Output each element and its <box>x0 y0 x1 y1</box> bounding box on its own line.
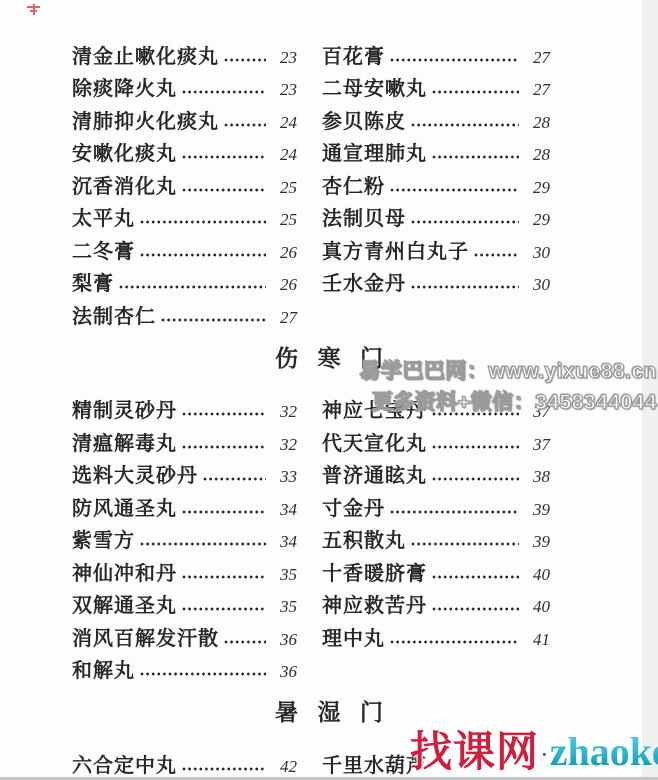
toc-entry-right: 二母安嗽丸 27 <box>322 76 550 102</box>
formula-name: 神应救苦丹 <box>322 593 427 619</box>
page-number: 24 <box>271 142 297 167</box>
toc-row: 清肺抑火化痰丸 24 参贝陈皮 28 <box>0 102 658 135</box>
dotted-leader <box>161 318 266 322</box>
toc-entry-right: 真方青州白丸子 30 <box>322 239 550 265</box>
dotted-leader <box>432 575 519 579</box>
dotted-leader <box>203 477 266 481</box>
page-number: 42 <box>271 754 297 779</box>
formula-name: 真方青州白丸子 <box>322 239 469 265</box>
formula-name: 法制杏仁 <box>72 304 156 330</box>
formula-name: 寸金丹 <box>322 496 385 522</box>
formula-name: 百花膏 <box>322 44 385 70</box>
dotted-leader <box>432 445 519 449</box>
page-number: 25 <box>271 207 297 232</box>
dotted-leader <box>182 445 266 449</box>
toc-entry-right: 理中丸 41 <box>322 626 550 652</box>
dotted-leader <box>390 58 519 62</box>
toc-entry-left: 二冬膏 26 <box>72 239 297 265</box>
page-number: 29 <box>524 207 550 232</box>
dotted-leader <box>411 123 519 127</box>
page-number: 27 <box>524 45 550 70</box>
page-number: 36 <box>271 627 297 652</box>
watermark-side: 易学巴巴网：www.yixue88.cn 更多资料+微信：3458344044 <box>360 356 657 418</box>
toc-entry-left: 精制灵砂丹 32 <box>72 398 297 424</box>
dotted-leader <box>432 607 519 611</box>
formula-name: 十香暖脐膏 <box>322 561 427 587</box>
formula-name: 二母安嗽丸 <box>322 76 427 102</box>
dotted-leader <box>224 640 266 644</box>
dotted-leader <box>390 640 519 644</box>
formula-name: 神仙冲和丹 <box>72 561 177 587</box>
scanned-book-page: 清金止嗽化痰丸 23 百花膏 27 除痰降火丸 23 二母安嗽丸 27 清肺抑火… <box>0 0 658 780</box>
toc-entry-right: 五积散丸 39 <box>322 528 550 554</box>
page-number: 32 <box>271 399 297 424</box>
toc-entry-right: 普济通眩丸 38 <box>322 463 550 489</box>
dotted-leader <box>411 220 519 224</box>
dotted-leader <box>182 767 266 771</box>
formula-name: 精制灵砂丹 <box>72 398 177 424</box>
dotted-leader <box>119 285 266 289</box>
formula-name: 清瘟解毒丸 <box>72 431 177 457</box>
formula-name: 理中丸 <box>322 626 385 652</box>
dotted-leader <box>390 510 519 514</box>
toc-entry-left: 六合定中丸 42 <box>72 753 297 779</box>
toc-entry-left: 清金止嗽化痰丸 23 <box>72 44 297 70</box>
formula-name: 普济通眩丸 <box>322 463 427 489</box>
page-number: 34 <box>271 529 297 554</box>
formula-name: 壬水金丹 <box>322 271 406 297</box>
dotted-leader <box>411 285 519 289</box>
formula-name: 二冬膏 <box>72 239 135 265</box>
formula-name: 五积散丸 <box>322 528 406 554</box>
formula-name: 消风百解发汗散 <box>72 626 219 652</box>
formula-name: 安嗽化痰丸 <box>72 141 177 167</box>
page-number: 36 <box>271 659 297 684</box>
dotted-leader <box>182 188 266 192</box>
toc-entry-left: 除痰降火丸 23 <box>72 76 297 102</box>
toc-row: 消风百解发汗散 36 理中丸 41 <box>0 619 658 652</box>
formula-name: 清肺抑火化痰丸 <box>72 109 219 135</box>
formula-name: 梨膏 <box>72 271 114 297</box>
toc-row: 防风通圣丸 34 寸金丹 39 <box>0 489 658 522</box>
formula-name: 清金止嗽化痰丸 <box>72 44 219 70</box>
toc-entry-right: 参贝陈皮 28 <box>322 109 550 135</box>
page-number: 26 <box>271 272 297 297</box>
formula-name: 六合定中丸 <box>72 753 177 779</box>
formula-name: 防风通圣丸 <box>72 496 177 522</box>
watermark-side-line2: 更多资料+微信：3458344044 <box>360 387 657 418</box>
toc-row: 紫雪方 34 五积散丸 39 <box>0 522 658 555</box>
formula-name: 参贝陈皮 <box>322 109 406 135</box>
formula-name: 除痰降火丸 <box>72 76 177 102</box>
toc-entry-right: 壬水金丹 30 <box>322 271 550 297</box>
toc-entry-right: 法制贝母 29 <box>322 206 550 232</box>
toc-entry-right: 代天宣化丸 37 <box>322 431 550 457</box>
toc-row: 法制杏仁 27 <box>0 297 658 330</box>
dotted-leader <box>390 188 519 192</box>
toc-entry-left: 太平丸 25 <box>72 206 297 232</box>
page-number: 33 <box>271 464 297 489</box>
page-number: 41 <box>524 627 550 652</box>
formula-name: 太平丸 <box>72 206 135 232</box>
dotted-leader <box>182 510 266 514</box>
toc-row: 安嗽化痰丸 24 通宣理肺丸 28 <box>0 135 658 168</box>
toc-entry-left: 紫雪方 34 <box>72 528 297 554</box>
page-number: 23 <box>271 77 297 102</box>
page-number: 28 <box>524 142 550 167</box>
toc-row: 双解通圣丸 35 神应救苦丹 40 <box>0 587 658 620</box>
formula-name: 选料大灵砂丹 <box>72 463 198 489</box>
toc-entry-left: 防风通圣丸 34 <box>72 496 297 522</box>
section-rows: 精制灵砂丹 32 神应七宝丹 37 清瘟解毒丸 32 代天宣化丸 37 选料大灵… <box>0 392 658 685</box>
toc-entry-left: 和解丸 36 <box>72 658 297 684</box>
toc-row: 清瘟解毒丸 32 代天宣化丸 37 <box>0 424 658 457</box>
formula-name: 杏仁粉 <box>322 174 385 200</box>
dotted-leader <box>140 220 266 224</box>
dotted-leader <box>411 542 519 546</box>
formula-name: 沉香消化丸 <box>72 174 177 200</box>
dotted-leader <box>140 672 266 676</box>
toc-entry-left: 神仙冲和丹 35 <box>72 561 297 587</box>
page-number: 23 <box>271 45 297 70</box>
page-number: 28 <box>524 110 550 135</box>
formula-name: 代天宣化丸 <box>322 431 427 457</box>
dotted-leader <box>182 412 266 416</box>
dotted-leader <box>224 123 266 127</box>
dotted-leader <box>140 253 266 257</box>
page-number: 27 <box>524 77 550 102</box>
toc-entry-left: 沉香消化丸 25 <box>72 174 297 200</box>
page-number: 35 <box>271 594 297 619</box>
toc-entry-right: 杏仁粉 29 <box>322 174 550 200</box>
formula-name: 通宣理肺丸 <box>322 141 427 167</box>
page-number: 39 <box>524 529 550 554</box>
formula-name: 双解通圣丸 <box>72 593 177 619</box>
dotted-leader <box>182 575 266 579</box>
dotted-leader <box>224 58 266 62</box>
dotted-leader <box>182 155 266 159</box>
toc-row: 二冬膏 26 真方青州白丸子 30 <box>0 232 658 265</box>
toc-entry-right: 十香暖脐膏 40 <box>322 561 550 587</box>
watermark-bottom: 找课网 · zhaoke.vip <box>410 729 658 775</box>
watermark-side-line1: 易学巴巴网：www.yixue88.cn <box>360 356 657 387</box>
toc-entry-right: 百花膏 27 <box>322 44 550 70</box>
page-number: 38 <box>524 464 550 489</box>
toc-entry-left: 安嗽化痰丸 24 <box>72 141 297 167</box>
dotted-leader <box>432 90 519 94</box>
page-number: 24 <box>271 110 297 135</box>
section-title: 暑湿门 <box>0 698 658 728</box>
watermark-domain: zhaoke.vip <box>550 729 658 775</box>
watermark-separator: · <box>540 735 549 775</box>
toc-row: 选料大灵砂丹 33 普济通眩丸 38 <box>0 457 658 490</box>
toc-row: 清金止嗽化痰丸 23 百花膏 27 <box>0 37 658 70</box>
toc-entry-left: 双解通圣丸 35 <box>72 593 297 619</box>
page-number: 30 <box>524 272 550 297</box>
page-number: 37 <box>524 432 550 457</box>
toc-entry-left: 消风百解发汗散 36 <box>72 626 297 652</box>
toc-entry-left: 选料大灵砂丹 33 <box>72 463 297 489</box>
toc-section: 清金止嗽化痰丸 23 百花膏 27 除痰降火丸 23 二母安嗽丸 27 清肺抑火… <box>0 37 658 330</box>
toc-entry-right: 寸金丹 39 <box>322 496 550 522</box>
page-number: 32 <box>271 432 297 457</box>
page-number: 25 <box>271 175 297 200</box>
toc-row: 神仙冲和丹 35 十香暖脐膏 40 <box>0 554 658 587</box>
toc-row: 太平丸 25 法制贝母 29 <box>0 200 658 233</box>
watermark-site-name: 找课网 <box>410 729 539 775</box>
dotted-leader <box>432 155 519 159</box>
page-number: 40 <box>524 562 550 587</box>
toc-entry-right: 通宣理肺丸 28 <box>322 141 550 167</box>
toc-row: 梨膏 26 壬水金丹 30 <box>0 265 658 298</box>
formula-name: 法制贝母 <box>322 206 406 232</box>
dotted-leader <box>140 542 266 546</box>
dotted-leader <box>182 607 266 611</box>
section-rows: 清金止嗽化痰丸 23 百花膏 27 除痰降火丸 23 二母安嗽丸 27 清肺抑火… <box>0 37 658 330</box>
page-number: 27 <box>271 305 297 330</box>
formula-name: 紫雪方 <box>72 528 135 554</box>
toc-entry-left: 梨膏 26 <box>72 271 297 297</box>
toc-entry-right: 神应救苦丹 40 <box>322 593 550 619</box>
toc-row: 沉香消化丸 25 杏仁粉 29 <box>0 167 658 200</box>
toc-row: 和解丸 36 <box>0 652 658 685</box>
page-number: 26 <box>271 240 297 265</box>
toc-row: 除痰降火丸 23 二母安嗽丸 27 <box>0 70 658 103</box>
page-number: 35 <box>271 562 297 587</box>
dotted-leader <box>432 477 519 481</box>
formula-name: 和解丸 <box>72 658 135 684</box>
toc-entry-left: 清肺抑火化痰丸 24 <box>72 109 297 135</box>
page-number: 39 <box>524 497 550 522</box>
dotted-leader <box>474 253 519 257</box>
page-number: 30 <box>524 240 550 265</box>
toc-entry-left: 法制杏仁 27 <box>72 304 297 330</box>
dotted-leader <box>182 90 266 94</box>
page-number: 34 <box>271 497 297 522</box>
page-number: 40 <box>524 594 550 619</box>
toc-entry-left: 清瘟解毒丸 32 <box>72 431 297 457</box>
page-number: 29 <box>524 175 550 200</box>
